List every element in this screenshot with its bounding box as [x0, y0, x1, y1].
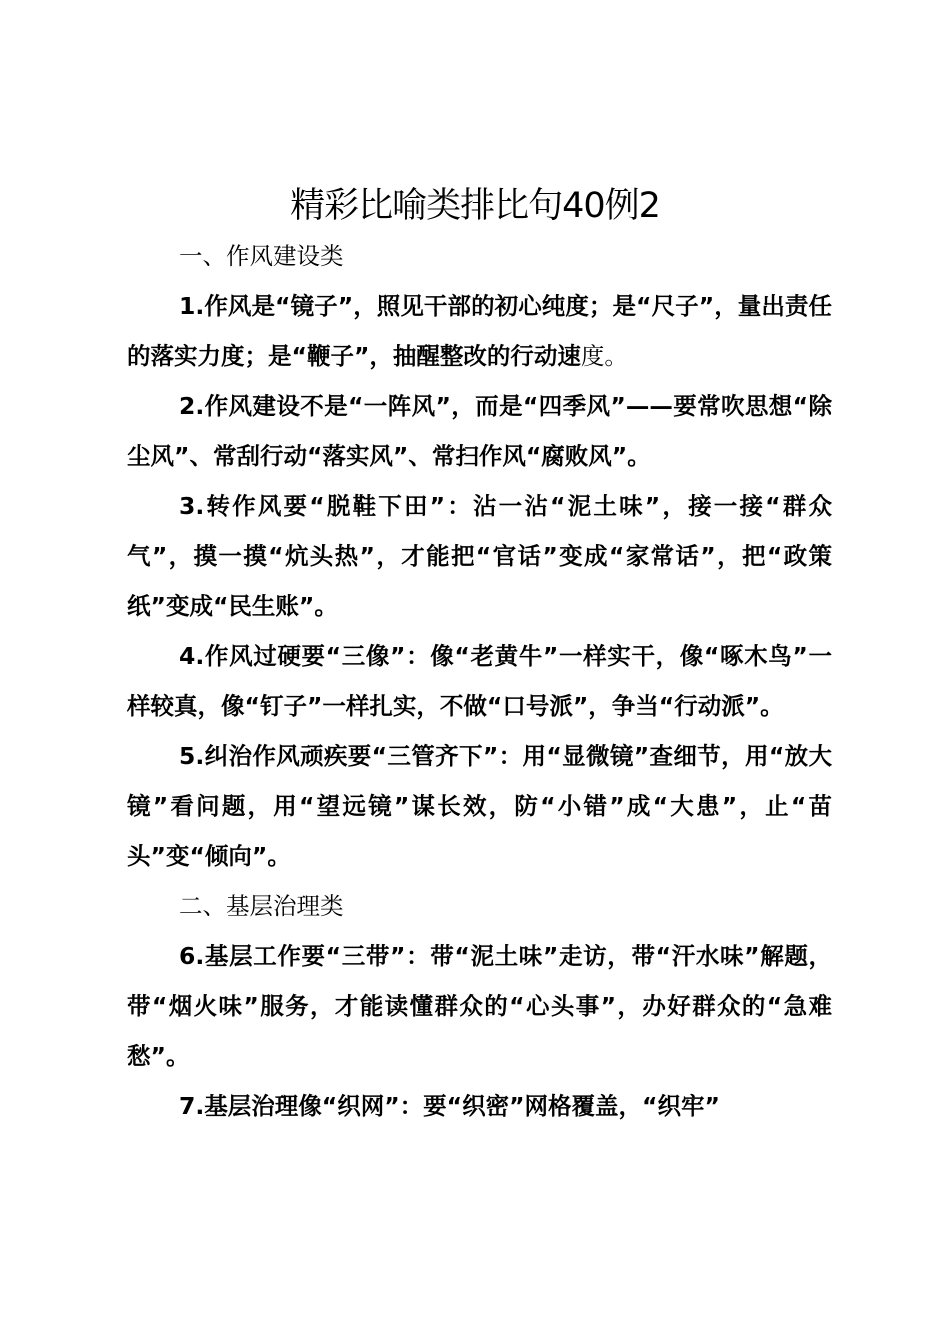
item-text: 基层工作要“三带”：带“泥土味”走访，带“汗水味”解题，带“烟火味”服务，才能读…	[127, 942, 832, 1070]
item-text: 基层治理像“织网”：要“织密”网格覆盖，“织牢”	[204, 1092, 720, 1120]
section-heading-work-style: 一、作风建设类	[127, 231, 832, 281]
item-text: 纠治作风顽疾要“三管齐下”：用“显微镜”查细节，用“放大镜”看问题，用“望远镜”…	[127, 742, 832, 870]
list-item-4: 4.作风过硬要“三像”：像“老黄牛”一样实干，像“啄木鸟”一样较真，像“钉子”一…	[127, 631, 832, 731]
item-text: 作风过硬要“三像”：像“老黄牛”一样实干，像“啄木鸟”一样较真，像“钉子”一样扎…	[127, 642, 832, 720]
list-item-6: 6.基层工作要“三带”：带“泥土味”走访，带“汗水味”解题，带“烟火味”服务，才…	[127, 931, 832, 1081]
list-item-7: 7.基层治理像“织网”：要“织密”网格覆盖，“织牢”	[127, 1081, 832, 1131]
document-body: 一、作风建设类 1.作风是“镜子”，照见干部的初心纯度；是“尺子”，量出责任的落…	[127, 231, 832, 1131]
item-number: 3.	[179, 492, 204, 520]
item-tail: 度。	[581, 342, 628, 370]
item-text: 作风建设不是“一阵风”，而是“四季风”——要常吹思想“除尘风”、常刮行动“落实风…	[127, 392, 832, 470]
item-number: 2.	[179, 392, 204, 420]
list-item-2: 2.作风建设不是“一阵风”，而是“四季风”——要常吹思想“除尘风”、常刮行动“落…	[127, 381, 832, 481]
section-heading-grassroots-governance: 二、基层治理类	[127, 881, 832, 931]
item-text: 转作风要“脱鞋下田”：沾一沾“泥土味”，接一接“群众气”，摸一摸“炕头热”，才能…	[127, 492, 832, 620]
list-item-5: 5.纠治作风顽疾要“三管齐下”：用“显微镜”查细节，用“放大镜”看问题，用“望远…	[127, 731, 832, 881]
item-number: 7.	[179, 1092, 204, 1120]
item-number: 5.	[179, 742, 204, 770]
list-item-3: 3.转作风要“脱鞋下田”：沾一沾“泥土味”，接一接“群众气”，摸一摸“炕头热”，…	[127, 481, 832, 631]
item-number: 6.	[179, 942, 204, 970]
document-page: 精彩比喻类排比句40例2 一、作风建设类 1.作风是“镜子”，照见干部的初心纯度…	[0, 0, 950, 1344]
item-text: 作风是“镜子”，照见干部的初心纯度；是“尺子”，量出责任的落实力度；是“鞭子”，…	[127, 292, 832, 370]
list-item-1: 1.作风是“镜子”，照见干部的初心纯度；是“尺子”，量出责任的落实力度；是“鞭子…	[127, 281, 832, 381]
document-title: 精彩比喻类排比句40例2	[0, 181, 950, 231]
item-number: 4.	[179, 642, 204, 670]
item-number: 1.	[179, 292, 204, 320]
